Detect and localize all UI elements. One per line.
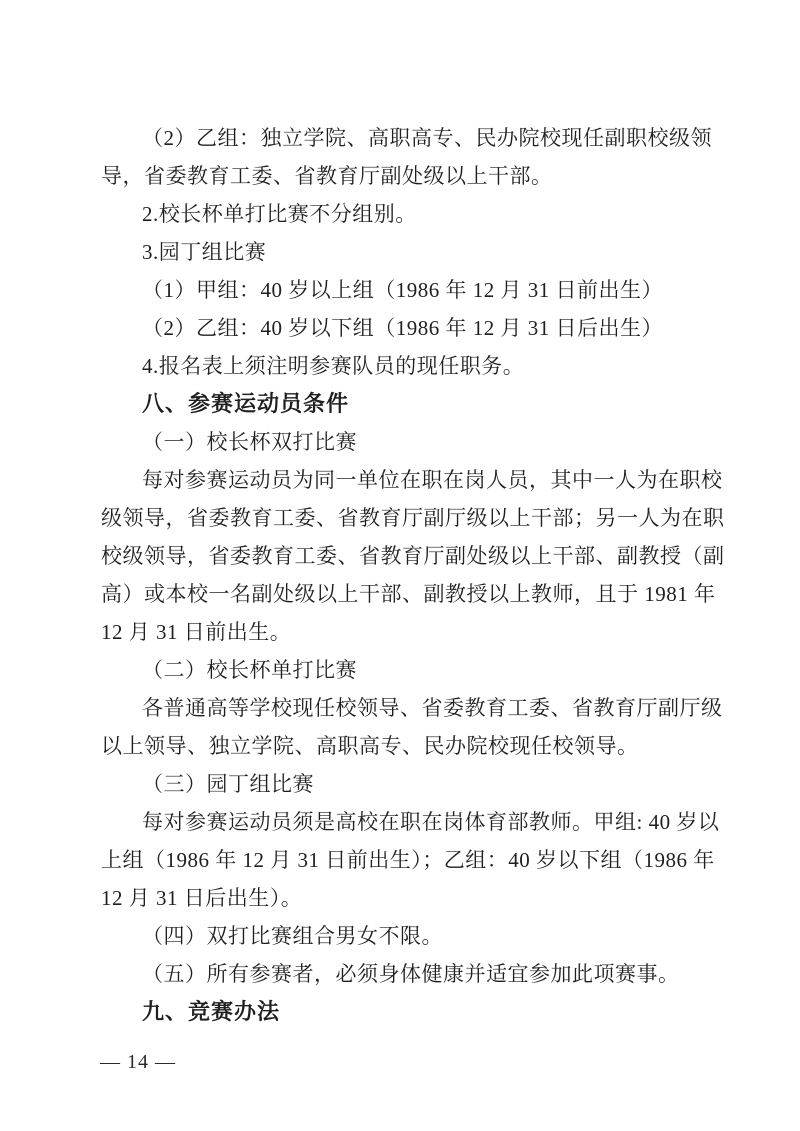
text-line: 每对参赛运动员须是高校在职在岗体育部教师。甲组: 40 岁以 (101, 803, 702, 841)
text-line: 上组（1986 年 12 月 31 日前出生）；乙组：40 岁以下组（1986 … (101, 841, 702, 879)
text-line: 导，省委教育工委、省教育厅副处级以上干部。 (101, 157, 702, 195)
text-line: （一）校长杯双打比赛 (101, 423, 702, 461)
text-line: （五）所有参赛者，必须身体健康并适宜参加此项赛事。 (101, 955, 702, 993)
text-line: 级领导，省委教育工委、省教育厅副厅级以上干部；另一人为在职 (101, 499, 702, 537)
text-line: （2）乙组：40 岁以下组（1986 年 12 月 31 日后出生） (101, 309, 702, 347)
text-line: （四）双打比赛组合男女不限。 (101, 917, 702, 955)
section-heading: 八、参赛运动员条件 (101, 385, 702, 423)
text-line: 3.园丁组比赛 (101, 233, 702, 271)
text-line: （1）甲组：40 岁以上组（1986 年 12 月 31 日前出生） (101, 271, 702, 309)
text-line: 校级领导，省委教育工委、省教育厅副处级以上干部、副教授（副 (101, 537, 702, 575)
document-page: （2）乙组：独立学院、高职高专、民办院校现任副职校级领导，省委教育工委、省教育厅… (0, 0, 800, 1131)
text-line: （二）校长杯单打比赛 (101, 651, 702, 689)
text-line: （三）园丁组比赛 (101, 765, 702, 803)
text-line: 12 月 31 日前出生。 (101, 613, 702, 651)
page-number: — 14 — (100, 1049, 176, 1075)
text-line: 以上领导、独立学院、高职高专、民办院校现任校领导。 (101, 727, 702, 765)
text-line: 每对参赛运动员为同一单位在职在岗人员，其中一人为在职校 (101, 461, 702, 499)
text-line: 高）或本校一名副处级以上干部、副教授以上教师，且于 1981 年 (101, 575, 702, 613)
text-line: 12 月 31 日后出生）。 (101, 879, 702, 917)
text-line: 4.报名表上须注明参赛队员的现任职务。 (101, 347, 702, 385)
text-line: 各普通高等学校现任校领导、省委教育工委、省教育厅副厅级 (101, 689, 702, 727)
section-heading: 九、竞赛办法 (101, 993, 702, 1031)
document-body: （2）乙组：独立学院、高职高专、民办院校现任副职校级领导，省委教育工委、省教育厅… (101, 119, 702, 1031)
text-line: 2.校长杯单打比赛不分组别。 (101, 195, 702, 233)
text-line: （2）乙组：独立学院、高职高专、民办院校现任副职校级领 (101, 119, 702, 157)
